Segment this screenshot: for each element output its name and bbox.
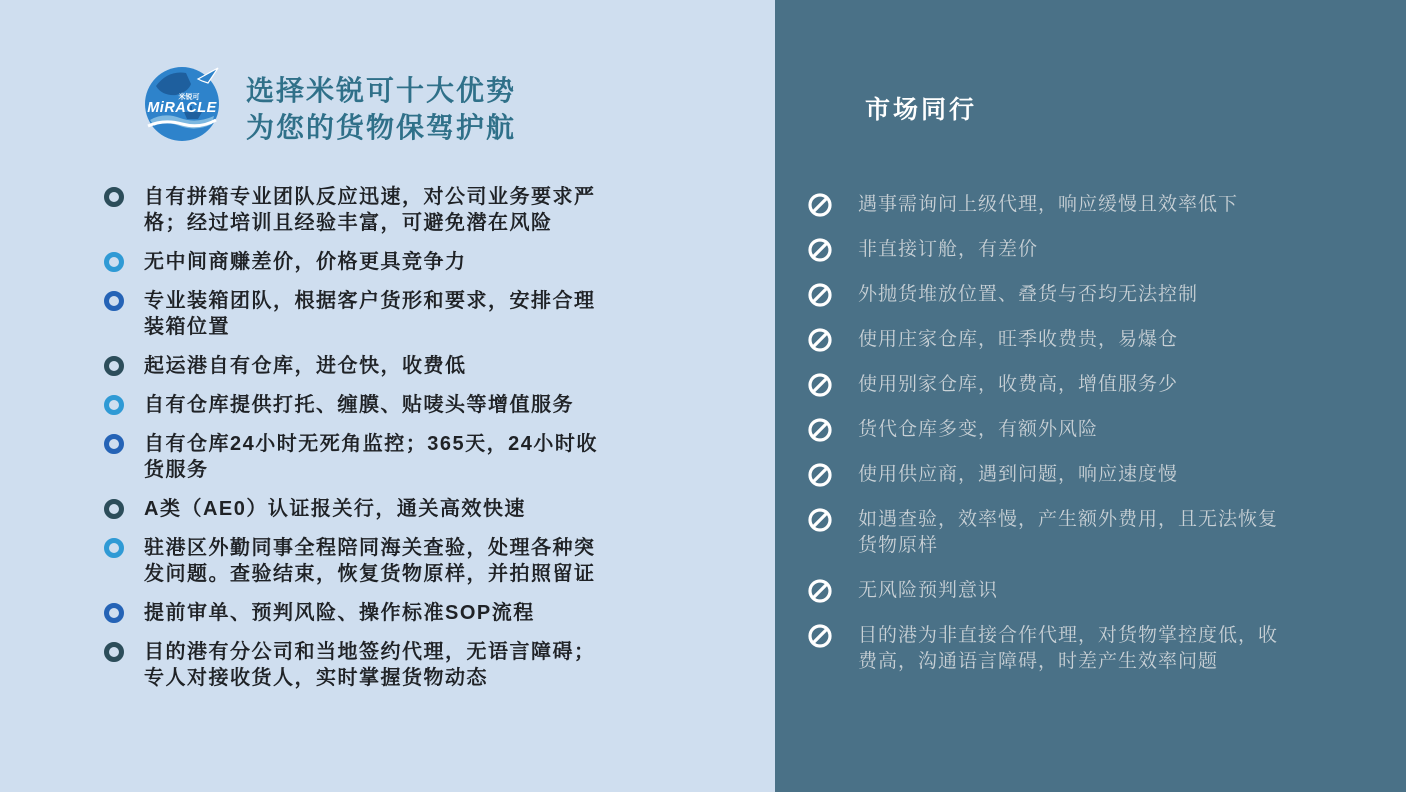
- peer-text: 货代仓库多变，有额外风险: [858, 417, 1098, 443]
- advantage-text: 自有拼箱专业团队反应迅速，对公司业务要求严格；经过培训且经验丰富，可避免潜在风险: [144, 184, 604, 236]
- advantage-text: 专业装箱团队，根据客户货形和要求，安排合理装箱位置: [144, 288, 604, 340]
- advantage-text: 提前审单、预判风险、操作标准SOP流程: [144, 600, 535, 626]
- peer-item: 货代仓库多变，有额外风险: [808, 417, 1348, 443]
- ring-bullet-icon: [104, 538, 124, 558]
- peer-item: 外抛货堆放位置、叠货与否均无法控制: [808, 282, 1348, 308]
- ring-bullet-icon: [104, 187, 124, 207]
- logo-text: MiRACLE: [147, 100, 217, 116]
- peer-item: 使用供应商，遇到问题，响应速度慢: [808, 462, 1348, 488]
- market-peers-panel: 市场同行 遇事需询问上级代理，响应缓慢且效率低下 非直接订舱，有差价 外抛货堆放…: [775, 0, 1406, 792]
- peer-text: 非直接订舱，有差价: [858, 237, 1038, 263]
- no-entry-icon: [808, 624, 832, 648]
- no-entry-icon: [808, 283, 832, 307]
- peer-text: 遇事需询问上级代理，响应缓慢且效率低下: [858, 192, 1238, 218]
- advantage-item: 专业装箱团队，根据客户货形和要求，安排合理装箱位置: [104, 288, 664, 340]
- no-entry-icon: [808, 373, 832, 397]
- no-entry-icon: [808, 463, 832, 487]
- peer-text: 目的港为非直接合作代理，对货物掌控度低，收费高，沟通语言障碍，时差产生效率问题: [858, 623, 1288, 675]
- advantage-item: 自有拼箱专业团队反应迅速，对公司业务要求严格；经过培训且经验丰富，可避免潜在风险: [104, 184, 664, 236]
- peer-item: 使用别家仓库，收费高，增值服务少: [808, 372, 1348, 398]
- peer-item: 遇事需询问上级代理，响应缓慢且效率低下: [808, 192, 1348, 218]
- peers-title: 市场同行: [865, 90, 977, 126]
- title-line-1: 选择米锐可十大优势: [246, 72, 516, 109]
- ring-bullet-icon: [104, 252, 124, 272]
- advantage-text: A类（AE0）认证报关行，通关高效快速: [144, 496, 526, 522]
- globe-logo-icon: 米锐可 MiRACLE: [142, 62, 224, 144]
- peer-text: 使用庄家仓库，旺季收费贵，易爆仓: [858, 327, 1178, 353]
- ring-bullet-icon: [104, 642, 124, 662]
- advantage-text: 自有仓库24小时无死角监控；365天，24小时收货服务: [144, 431, 604, 483]
- ring-bullet-icon: [104, 499, 124, 519]
- advantage-text: 目的港有分公司和当地签约代理，无语言障碍；专人对接收货人，实时掌握货物动态: [144, 639, 604, 691]
- advantage-text: 无中间商赚差价，价格更具竞争力: [144, 249, 467, 275]
- no-entry-icon: [808, 418, 832, 442]
- advantages-list: 自有拼箱专业团队反应迅速，对公司业务要求严格；经过培训且经验丰富，可避免潜在风险…: [104, 184, 664, 691]
- peer-text: 使用供应商，遇到问题，响应速度慢: [858, 462, 1178, 488]
- advantage-item: A类（AE0）认证报关行，通关高效快速: [104, 496, 664, 522]
- advantage-item: 提前审单、预判风险、操作标准SOP流程: [104, 600, 664, 626]
- peer-item: 使用庄家仓库，旺季收费贵，易爆仓: [808, 327, 1348, 353]
- no-entry-icon: [808, 193, 832, 217]
- peer-text: 无风险预判意识: [858, 578, 998, 604]
- advantage-item: 起运港自有仓库，进仓快，收费低: [104, 353, 664, 379]
- no-entry-icon: [808, 238, 832, 262]
- no-entry-icon: [808, 328, 832, 352]
- ring-bullet-icon: [104, 395, 124, 415]
- advantage-item: 自有仓库24小时无死角监控；365天，24小时收货服务: [104, 431, 664, 483]
- ring-bullet-icon: [104, 356, 124, 376]
- peer-text: 使用别家仓库，收费高，增值服务少: [858, 372, 1178, 398]
- ring-bullet-icon: [104, 291, 124, 311]
- page-title: 选择米锐可十大优势 为您的货物保驾护航: [246, 72, 516, 146]
- advantage-text: 驻港区外勤同事全程陪同海关查验，处理各种突发问题。查验结束，恢复货物原样，并拍照…: [144, 535, 604, 587]
- advantages-panel: 米锐可 MiRACLE 选择米锐可十大优势 为您的货物保驾护航 自有拼箱专业团队…: [0, 0, 775, 792]
- peer-text: 外抛货堆放位置、叠货与否均无法控制: [858, 282, 1198, 308]
- advantage-item: 驻港区外勤同事全程陪同海关查验，处理各种突发问题。查验结束，恢复货物原样，并拍照…: [104, 535, 664, 587]
- peers-list: 遇事需询问上级代理，响应缓慢且效率低下 非直接订舱，有差价 外抛货堆放位置、叠货…: [808, 192, 1348, 675]
- peer-item: 非直接订舱，有差价: [808, 237, 1348, 263]
- advantage-text: 自有仓库提供打托、缠膜、贴唛头等增值服务: [144, 392, 574, 418]
- advantage-item: 无中间商赚差价，价格更具竞争力: [104, 249, 664, 275]
- title-line-2: 为您的货物保驾护航: [246, 109, 516, 146]
- ring-bullet-icon: [104, 603, 124, 623]
- company-logo: 米锐可 MiRACLE: [142, 62, 224, 144]
- advantage-text: 起运港自有仓库，进仓快，收费低: [144, 353, 467, 379]
- peer-item: 无风险预判意识: [808, 578, 1348, 604]
- advantage-item: 自有仓库提供打托、缠膜、贴唛头等增值服务: [104, 392, 664, 418]
- peer-text: 如遇查验，效率慢，产生额外费用，且无法恢复货物原样: [858, 507, 1288, 559]
- advantage-item: 目的港有分公司和当地签约代理，无语言障碍；专人对接收货人，实时掌握货物动态: [104, 639, 664, 691]
- ring-bullet-icon: [104, 434, 124, 454]
- peer-item: 如遇查验，效率慢，产生额外费用，且无法恢复货物原样: [808, 507, 1348, 559]
- no-entry-icon: [808, 508, 832, 532]
- peer-item: 目的港为非直接合作代理，对货物掌控度低，收费高，沟通语言障碍，时差产生效率问题: [808, 623, 1348, 675]
- no-entry-icon: [808, 579, 832, 603]
